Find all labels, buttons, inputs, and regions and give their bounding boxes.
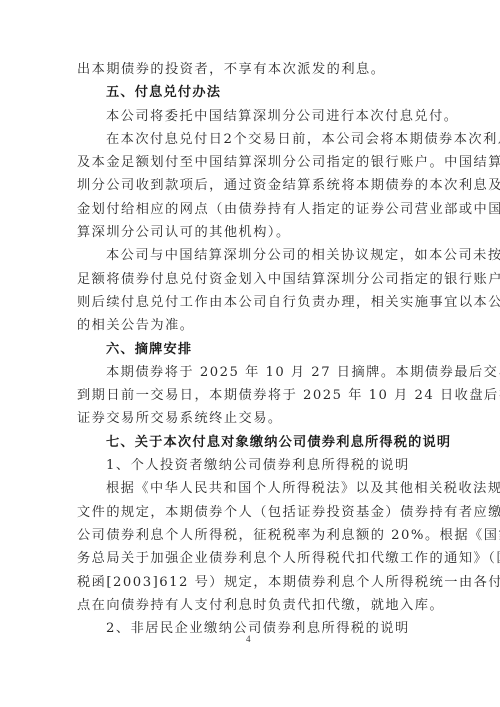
body-text-line: 圳分公司收到款项后，通过资金结算系统将本期债券的本次利息及本 bbox=[77, 174, 423, 197]
document-page: 出本期债券的投资者，不享有本次派发的利息。 五、付息兑付办法 本公司将委托中国结… bbox=[77, 58, 423, 640]
section-heading-6: 六、摘牌安排 bbox=[77, 338, 423, 361]
body-text-line: 本期债券将于 2025 年 10 月 27 日摘牌。本期债券最后交易日为 bbox=[77, 361, 423, 384]
body-text-line: 到期日前一交易日，本期债券将于 2025 年 10 月 24 日收盘后在深圳 bbox=[77, 384, 423, 407]
body-text-line: 本公司与中国结算深圳分公司的相关协议规定，如本公司未按时 bbox=[77, 244, 423, 267]
body-text-line: 文件的规定，本期债券个人（包括证券投资基金）债券持有者应缴纳 bbox=[77, 501, 423, 524]
body-text-line: 在本次付息兑付日2个交易日前，本公司会将本期债券本次利息 bbox=[77, 128, 423, 151]
body-text-line: 金划付给相应的网点（由债券持有人指定的证券公司营业部或中国结 bbox=[77, 198, 423, 221]
body-text-line: 点在向债券持有人支付利息时负责代扣代缴，就地入库。 bbox=[77, 594, 423, 617]
body-text-line: 足额将债券付息兑付资金划入中国结算深圳分公司指定的银行账户， bbox=[77, 268, 423, 291]
body-text-line: 根据《中华人民共和国个人所得税法》以及其他相关税收法规和 bbox=[77, 477, 423, 500]
body-text-line: 公司债券利息个人所得税，征税税率为利息额的 20%。根据《国家税 bbox=[77, 524, 423, 547]
body-text-line: 算深圳分公司认可的其他机构）。 bbox=[77, 221, 423, 244]
body-text-line: 本公司将委托中国结算深圳分公司进行本次付息兑付。 bbox=[77, 105, 423, 128]
body-text-line: 出本期债券的投资者，不享有本次派发的利息。 bbox=[77, 58, 423, 81]
section-heading-5: 五、付息兑付办法 bbox=[77, 81, 423, 104]
body-text-line: 则后续付息兑付工作由本公司自行负责办理，相关实施事宜以本公司 bbox=[77, 291, 423, 314]
page-number: 4 bbox=[246, 634, 251, 644]
body-text-line: 的相关公告为准。 bbox=[77, 314, 423, 337]
section-heading-7: 七、关于本次付息对象缴纳公司债券利息所得税的说明 bbox=[77, 431, 423, 454]
body-text-line: 证券交易所交易系统终止交易。 bbox=[77, 407, 423, 430]
subsection-heading-1: 1、个人投资者缴纳公司债券利息所得税的说明 bbox=[77, 454, 423, 477]
body-text-line: 及本金足额划付至中国结算深圳分公司指定的银行账户。中国结算深 bbox=[77, 151, 423, 174]
body-text-line: 税函[2003]612 号）规定，本期债券利息个人所得税统一由各付息网 bbox=[77, 571, 423, 594]
body-text-line: 务总局关于加强企业债券利息个人所得税代扣代缴工作的通知》（国 bbox=[77, 547, 423, 570]
